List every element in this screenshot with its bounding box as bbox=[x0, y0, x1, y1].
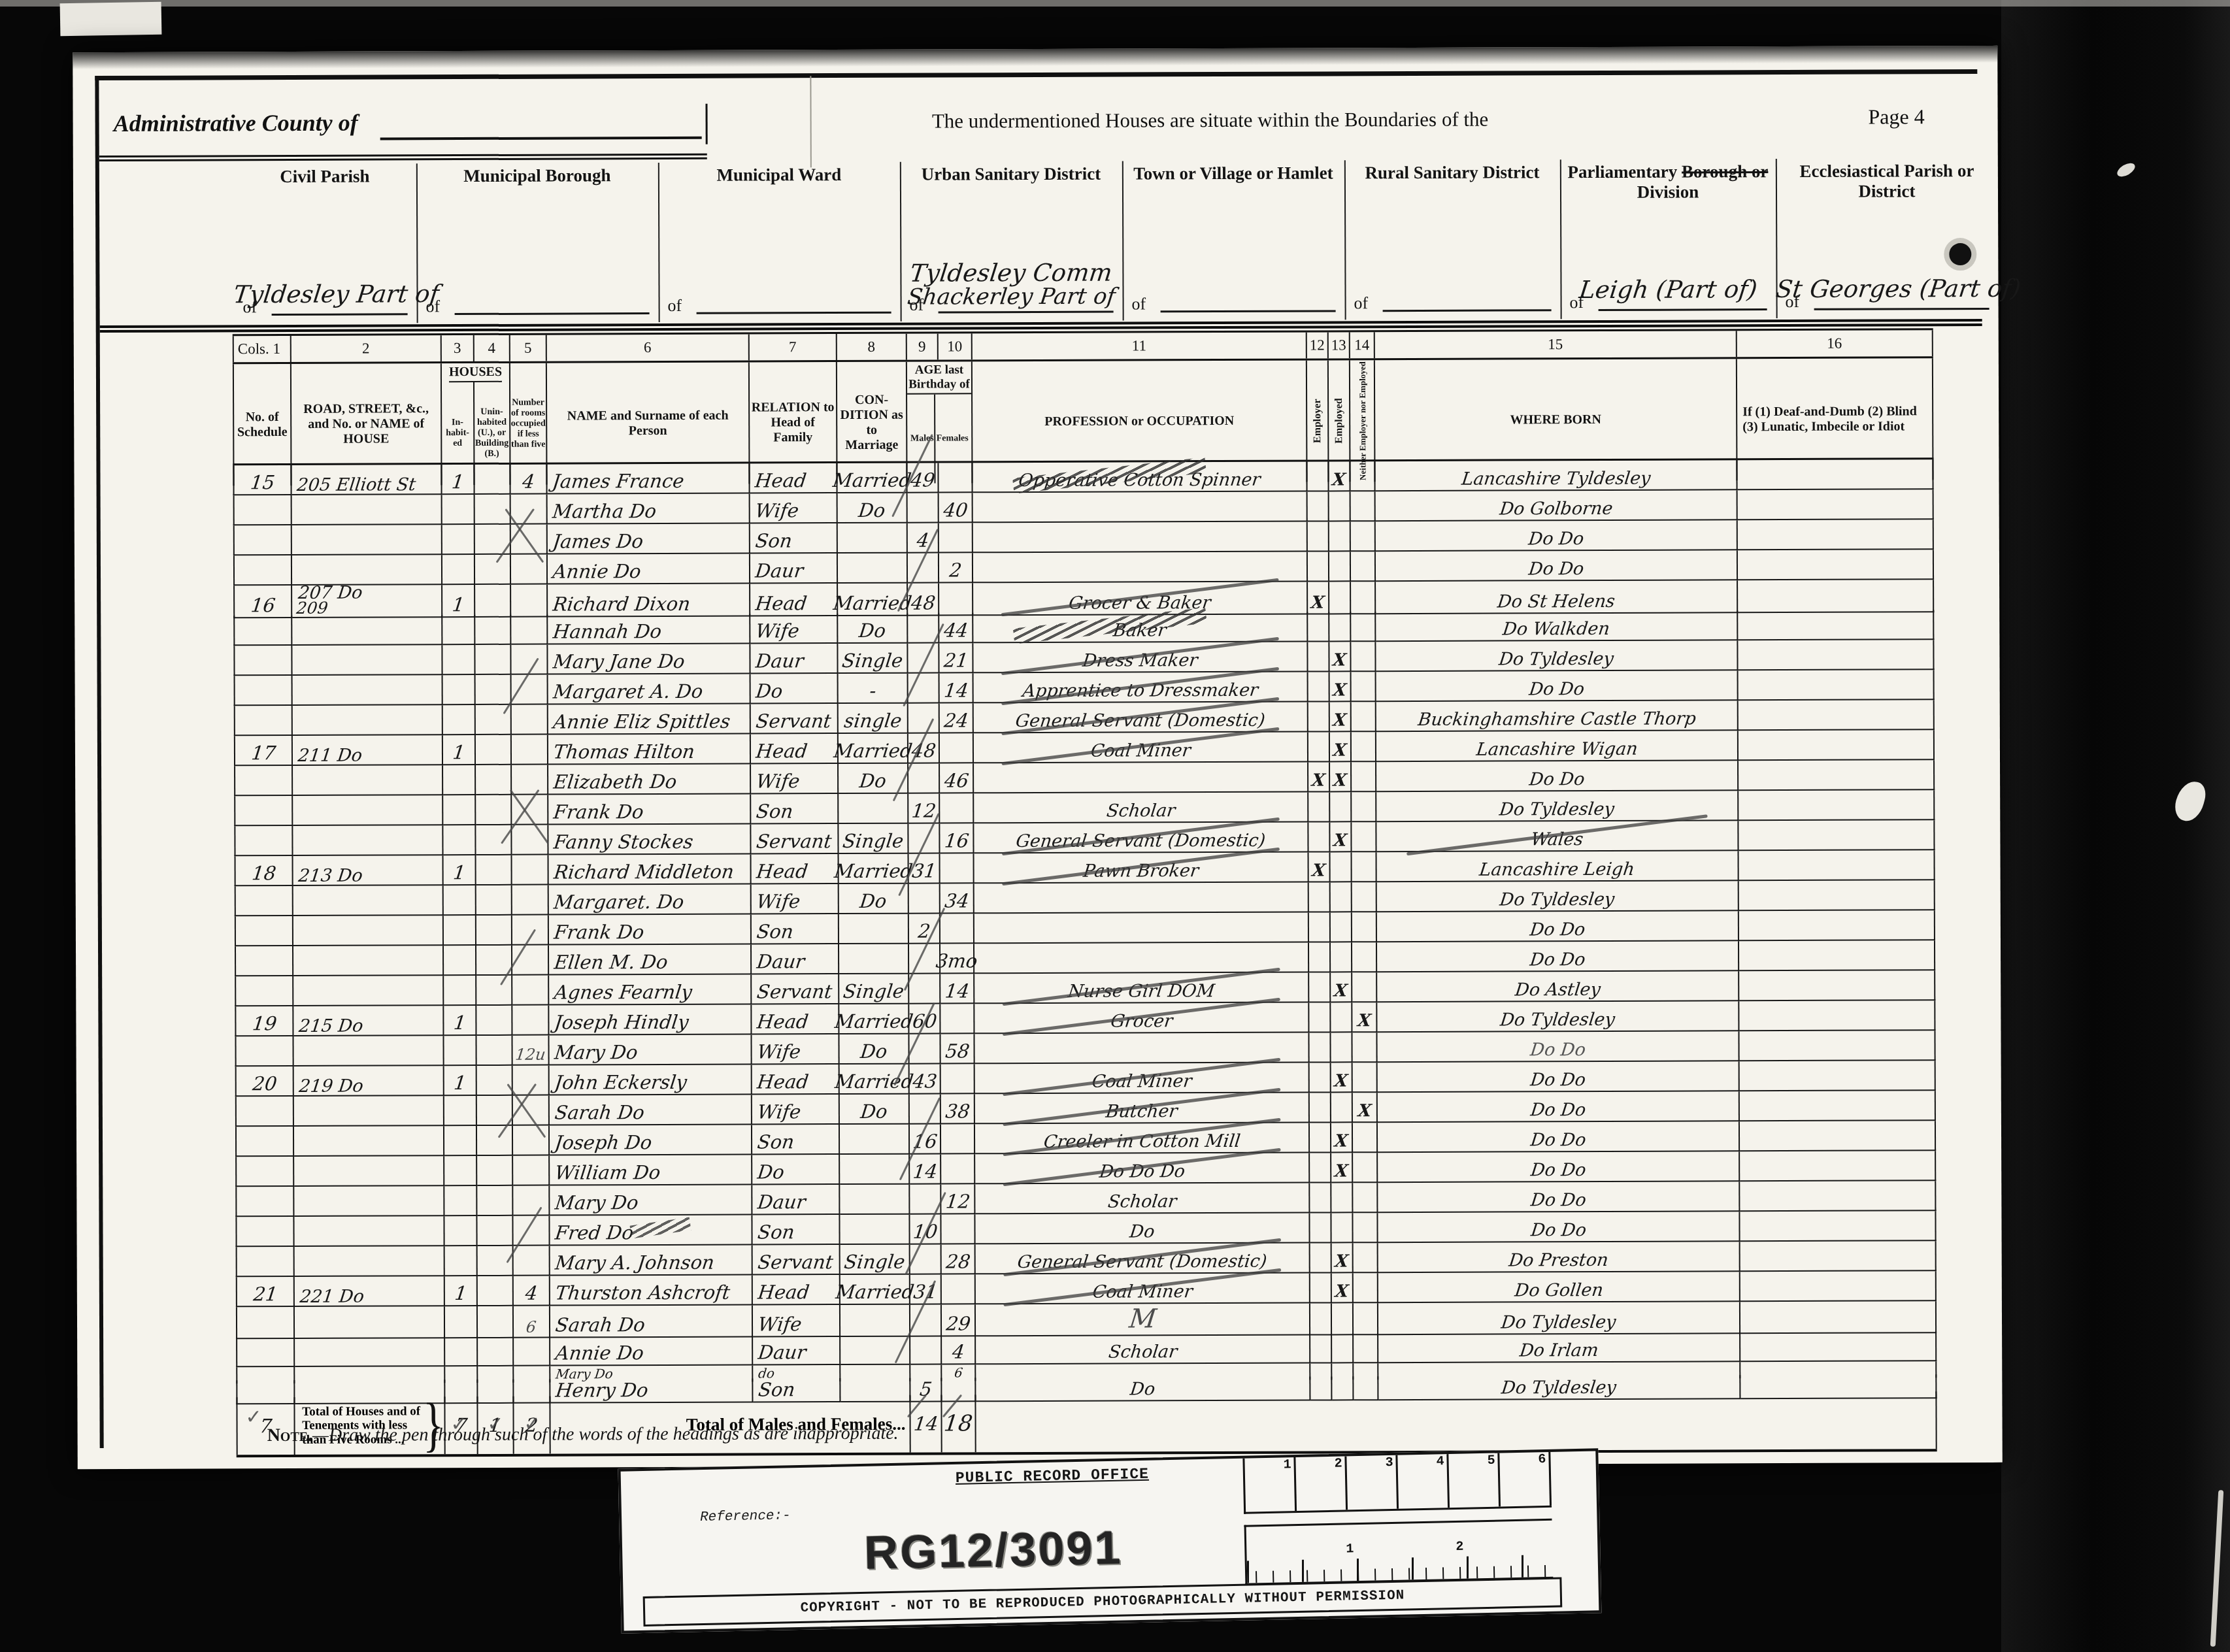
cell-name: Hannah Do bbox=[548, 614, 750, 645]
cell-infirmity bbox=[1739, 910, 1935, 941]
cell-relation: Do bbox=[752, 1155, 840, 1185]
cell-occupation bbox=[973, 492, 1308, 523]
cell-occupation bbox=[974, 883, 1309, 914]
cell-infirmity bbox=[1740, 1271, 1937, 1302]
cell-inhabited bbox=[444, 946, 476, 976]
table-header-row: No. of Schedule ROAD, STREET, &c., and N… bbox=[233, 358, 1934, 465]
cell-name: Frank Do bbox=[549, 915, 752, 946]
cell-employed bbox=[1331, 1032, 1352, 1063]
col-number: 9 bbox=[907, 334, 939, 360]
cell-schedule bbox=[234, 796, 293, 826]
cell-schedule bbox=[233, 495, 292, 525]
cell-occupation: Apprentice to Dressmaker bbox=[974, 672, 1308, 704]
cell-where-born: Do Do bbox=[1378, 1151, 1740, 1183]
cell-employer bbox=[1308, 642, 1329, 672]
cell-age-female bbox=[940, 853, 974, 884]
cell-relation: Wife bbox=[751, 764, 839, 794]
admin-county-blank bbox=[380, 137, 702, 140]
cell-where-born: Do Do bbox=[1376, 550, 1738, 582]
of-label: of bbox=[1132, 294, 1146, 313]
cell-employer bbox=[1310, 1093, 1331, 1123]
cell-age-female: 16 bbox=[940, 823, 974, 853]
cell-schedule bbox=[233, 646, 292, 676]
cell-infirmity bbox=[1738, 610, 1934, 640]
cell-inhabited bbox=[444, 916, 476, 946]
cell-employed: X bbox=[1330, 672, 1352, 702]
cell-uninhabited bbox=[476, 735, 512, 765]
col-number: 2 bbox=[291, 335, 442, 362]
col-number: 6 bbox=[547, 335, 750, 361]
cell-age-male: 31 bbox=[910, 1275, 942, 1305]
cell-employed bbox=[1331, 1213, 1353, 1243]
cell-occupation: Scholar bbox=[976, 1334, 1310, 1365]
cell-name: Martha Do bbox=[548, 494, 750, 525]
cell-relation: Daur bbox=[752, 1185, 840, 1215]
cell-where-born: Do Tyldesley bbox=[1376, 791, 1739, 822]
cell-schedule bbox=[236, 1307, 295, 1339]
cell-employed bbox=[1329, 582, 1351, 614]
cell-rooms: 12u bbox=[512, 1036, 549, 1066]
cell-condition: Do bbox=[839, 1034, 909, 1065]
cell-schedule bbox=[236, 1247, 295, 1277]
cell-rooms bbox=[511, 615, 548, 645]
district-title: Civil Parish bbox=[233, 166, 416, 187]
col-number: 16 bbox=[1737, 330, 1933, 357]
cell-schedule bbox=[235, 1157, 294, 1187]
cell-name: James France bbox=[547, 464, 750, 495]
cell-where-born: Do Do bbox=[1378, 1212, 1740, 1243]
cell-name: Joseph Hindly bbox=[549, 1005, 752, 1036]
cell-employer bbox=[1308, 552, 1329, 582]
cell-inhabited bbox=[445, 1306, 478, 1338]
cell-age-female bbox=[939, 583, 973, 616]
cell-infirmity bbox=[1738, 580, 1934, 613]
cell-condition: single bbox=[839, 704, 908, 734]
cell-condition: - bbox=[839, 674, 908, 704]
reference-number: RG12/3091 bbox=[863, 1521, 1123, 1580]
cell-occupation: Grocer bbox=[974, 1003, 1309, 1034]
census-sheet: Administrative County of The undermentio… bbox=[73, 46, 2003, 1469]
cell-employed bbox=[1332, 1303, 1354, 1335]
scanned-census-page: Administrative County of The undermentio… bbox=[0, 0, 2230, 1652]
cell-employed bbox=[1331, 1183, 1353, 1213]
cell-employer bbox=[1308, 672, 1330, 702]
cell-schedule bbox=[235, 886, 293, 916]
cell-condition: Married bbox=[837, 463, 907, 493]
cell-age-female bbox=[941, 1064, 975, 1094]
cell-condition bbox=[839, 944, 909, 974]
cell-relation: Servant bbox=[752, 974, 839, 1004]
cell-schedule bbox=[235, 976, 293, 1006]
cell-name: Sarah Do bbox=[550, 1095, 752, 1126]
cell-rooms bbox=[513, 1096, 550, 1126]
cell-uninhabited bbox=[476, 1036, 512, 1066]
cell-name: Mary Do bbox=[549, 1035, 752, 1066]
cell-name: Mary Jane Do bbox=[548, 644, 750, 675]
cell-relation: Wife bbox=[752, 1095, 840, 1125]
cell-inhabited: 1 bbox=[445, 1276, 478, 1306]
cell-inhabited bbox=[442, 555, 475, 585]
header-houses: HOUSES bbox=[449, 363, 502, 382]
blank-line bbox=[1383, 309, 1552, 312]
cell-inhabited: 1 bbox=[443, 735, 476, 765]
copyright-strip: COPYRIGHT - NOT TO BE REPRODUCED PHOTOGR… bbox=[643, 1578, 1563, 1627]
cell-relation: Servant bbox=[751, 704, 839, 734]
cell-where-born: Do Do bbox=[1376, 520, 1738, 552]
cell-age-male bbox=[910, 1245, 942, 1275]
cell-address bbox=[294, 1126, 444, 1157]
district-ecclesiastical: Ecclesiastical Parish or District St Geo… bbox=[1776, 158, 1999, 318]
cell-employed: X bbox=[1330, 702, 1352, 732]
blank-line bbox=[272, 313, 408, 316]
cell-employer bbox=[1308, 732, 1330, 762]
cell-age-female: 34 bbox=[940, 884, 974, 914]
district-parliamentary: Parliamentary Borough orDivision Leigh (… bbox=[1560, 159, 1778, 319]
cell-age-female bbox=[940, 1004, 974, 1034]
cell-employed: X bbox=[1331, 1123, 1353, 1153]
cell-age-female: 3mo bbox=[940, 944, 974, 974]
district-header-section: Civil Parish Tyldesley Part of of Munici… bbox=[233, 164, 234, 323]
cell-rooms bbox=[512, 855, 549, 885]
cell-age-female: 44 bbox=[939, 613, 973, 643]
cell-name: Margaret. Do bbox=[549, 885, 752, 916]
cell-schedule bbox=[234, 826, 293, 856]
cell-condition bbox=[838, 523, 908, 553]
cell-condition bbox=[840, 1215, 910, 1245]
cell-schedule bbox=[235, 1217, 294, 1247]
cell-infirmity bbox=[1739, 1000, 1935, 1031]
cell-employed: X bbox=[1331, 1153, 1353, 1183]
header-age: AGE last Birthday of bbox=[907, 361, 971, 394]
cell-rooms bbox=[512, 765, 548, 795]
cell-name: Joseph Do bbox=[550, 1125, 752, 1156]
cell-age-female: 46 bbox=[940, 763, 974, 793]
cell-age-male bbox=[910, 1335, 942, 1365]
cell-relation: Daur bbox=[750, 553, 838, 584]
cell-employer bbox=[1310, 1333, 1332, 1363]
cell-condition: Married bbox=[840, 1065, 910, 1095]
cell-infirmity bbox=[1738, 520, 1934, 550]
cell-inhabited: 1 bbox=[442, 585, 475, 618]
cell-infirmity bbox=[1739, 820, 1935, 851]
cell-inhabited bbox=[442, 525, 475, 555]
cell-address bbox=[295, 1246, 445, 1277]
cell-rooms bbox=[511, 495, 548, 525]
col-number: 14 bbox=[1350, 332, 1375, 358]
cell-schedule bbox=[236, 1337, 295, 1367]
cell-employer bbox=[1309, 942, 1331, 972]
cell-address: 213 Do bbox=[293, 855, 444, 886]
cell-neither bbox=[1352, 822, 1376, 852]
cell-condition bbox=[840, 1155, 910, 1185]
cell-inhabited bbox=[443, 705, 476, 735]
cell-uninhabited bbox=[475, 525, 511, 555]
cell-address: 221 Do bbox=[295, 1276, 445, 1307]
cell-employer: X bbox=[1308, 582, 1329, 614]
cell-condition: Married bbox=[838, 584, 908, 616]
cell-age-female: 14 bbox=[940, 974, 974, 1004]
cell-inhabited bbox=[445, 1246, 478, 1276]
col-number: 13 bbox=[1329, 332, 1350, 358]
cell-rooms bbox=[513, 1216, 550, 1246]
cell-name: Agnes Fearnly bbox=[549, 975, 752, 1006]
cell-neither bbox=[1352, 912, 1377, 942]
cell-employed bbox=[1332, 1333, 1354, 1363]
cell-address bbox=[293, 825, 443, 856]
cell-occupation bbox=[974, 913, 1309, 944]
district-civil-parish: Civil Parish Tyldesley Part of of bbox=[233, 163, 418, 323]
district-urban-sanitary: Urban Sanitary District Tyldesley Comm S… bbox=[900, 161, 1124, 322]
cell-neither bbox=[1351, 612, 1376, 642]
cell-employed bbox=[1331, 1002, 1352, 1032]
cell-occupation: Opperative Cotton Spinner bbox=[973, 462, 1307, 493]
cell-condition: Do bbox=[838, 614, 908, 644]
cell-age-male: 48 bbox=[908, 584, 939, 616]
cell-infirmity bbox=[1739, 700, 1935, 731]
cell-inhabited bbox=[445, 1336, 478, 1366]
cell-condition: Do bbox=[838, 493, 908, 523]
cell-inhabited bbox=[444, 1156, 477, 1186]
cell-age-male bbox=[908, 764, 940, 794]
cell-inhabited: 1 bbox=[444, 1006, 476, 1036]
cell-infirmity bbox=[1739, 940, 1935, 971]
cell-age-female bbox=[941, 1124, 975, 1154]
cell-schedule bbox=[235, 916, 293, 946]
cell-address bbox=[293, 916, 444, 946]
form-border-left bbox=[95, 76, 103, 1448]
cell-infirmity bbox=[1740, 1241, 1937, 1272]
cell-uninhabited bbox=[476, 946, 512, 976]
cell-relation: Wife bbox=[752, 884, 839, 914]
cell-where-born: Do Tyldesley bbox=[1377, 1001, 1739, 1032]
cell-where-born: Do Golborne bbox=[1376, 490, 1738, 521]
blank-line bbox=[1814, 308, 1989, 310]
cell-occupation: Baker bbox=[973, 612, 1308, 644]
double-rule bbox=[99, 154, 707, 157]
cell-employed bbox=[1331, 912, 1352, 942]
cell-age-male: 4 bbox=[908, 523, 939, 553]
cell-neither bbox=[1354, 1303, 1378, 1335]
cell-name: Thomas Hilton bbox=[548, 735, 751, 765]
cell-condition: Married bbox=[839, 1004, 909, 1034]
cell-condition bbox=[840, 1335, 910, 1365]
cell-uninhabited bbox=[474, 465, 510, 495]
cell-infirmity bbox=[1739, 670, 1935, 701]
district-municipal-borough: Municipal Borough of bbox=[416, 163, 660, 323]
cell-age-female bbox=[940, 733, 974, 763]
cell-employed bbox=[1329, 612, 1351, 642]
cell-condition: Married bbox=[839, 854, 909, 884]
cell-age-male bbox=[909, 974, 940, 1004]
cell-neither bbox=[1352, 882, 1377, 912]
cell-schedule: 15 bbox=[233, 465, 291, 495]
cell-uninhabited bbox=[477, 1216, 513, 1246]
cell-occupation bbox=[973, 552, 1308, 584]
cell-age-male: 16 bbox=[910, 1125, 941, 1155]
cell-age-female: 40 bbox=[939, 493, 973, 523]
cell-age-male: 60 bbox=[909, 1004, 940, 1034]
of-label: of bbox=[1354, 293, 1369, 312]
cell-schedule bbox=[235, 1097, 294, 1127]
cell-infirmity bbox=[1739, 880, 1935, 911]
cell-address bbox=[293, 976, 444, 1006]
cell-employer bbox=[1310, 1183, 1331, 1213]
cell-relation: Wife bbox=[750, 493, 838, 523]
ruler-inches: 1 2 bbox=[1244, 1519, 1554, 1585]
col-number: 4 bbox=[474, 335, 510, 361]
cell-infirmity bbox=[1738, 550, 1934, 580]
cell-employed: X bbox=[1330, 732, 1352, 762]
cell-age-female: 24 bbox=[940, 703, 974, 733]
cell-infirmity bbox=[1740, 1211, 1936, 1242]
cell-inhabited bbox=[444, 885, 476, 916]
cell-uninhabited bbox=[475, 615, 511, 645]
cell-name: Richard Middleton bbox=[549, 855, 752, 885]
cell-neither bbox=[1354, 1333, 1378, 1363]
cell-schedule: 18 bbox=[235, 856, 293, 886]
cell-condition: Single bbox=[840, 1245, 910, 1275]
cell-where-born: Do Do bbox=[1378, 1181, 1740, 1213]
cell-condition: Single bbox=[839, 824, 908, 854]
cell-where-born: Do Do bbox=[1376, 670, 1739, 702]
cell-age-female bbox=[939, 523, 973, 553]
cell-schedule bbox=[235, 1036, 293, 1066]
blank-line bbox=[939, 311, 1114, 314]
cell-rooms bbox=[512, 735, 548, 765]
cell-relation: Son bbox=[752, 1215, 840, 1245]
of-label: of bbox=[668, 296, 682, 315]
cell-condition: Do bbox=[839, 764, 908, 794]
cell-uninhabited bbox=[476, 825, 512, 855]
cell-occupation: Grocer & Baker bbox=[973, 582, 1308, 616]
cell-schedule bbox=[235, 1127, 294, 1157]
col-number: 3 bbox=[442, 335, 474, 361]
cell-address bbox=[293, 1036, 444, 1066]
cell-age-male: 43 bbox=[910, 1065, 941, 1095]
cell-rooms: 4 bbox=[514, 1276, 550, 1306]
cell-employer bbox=[1309, 882, 1331, 912]
cell-name: James Do bbox=[548, 524, 750, 555]
cell-neither bbox=[1352, 702, 1376, 732]
cell-age-male: 14 bbox=[910, 1155, 941, 1185]
cell-age-male: 10 bbox=[910, 1215, 941, 1245]
cell-neither bbox=[1350, 461, 1375, 491]
pro-stamp-box: PUBLIC RECORD OFFICE Reference:- RG12/30… bbox=[618, 1448, 1602, 1633]
cell-uninhabited bbox=[477, 1186, 513, 1216]
cell-where-born: Do St Helens bbox=[1376, 580, 1738, 614]
cell-inhabited bbox=[442, 615, 475, 645]
col-number: 15 bbox=[1375, 331, 1737, 358]
cell-infirmity bbox=[1740, 1091, 1936, 1121]
cell-rooms bbox=[512, 705, 548, 735]
banner-text: The undermentioned Houses are situate wi… bbox=[753, 107, 1668, 134]
cell-inhabited: 1 bbox=[444, 1066, 477, 1096]
cell-address bbox=[295, 1306, 445, 1339]
cell-employer bbox=[1310, 1213, 1331, 1243]
district-title: Rural Sanitary District bbox=[1344, 162, 1560, 183]
cell-where-born: Wales bbox=[1376, 821, 1739, 852]
cell-age-male bbox=[908, 704, 940, 734]
cell-rooms bbox=[511, 525, 548, 555]
cell-occupation: General Servant (Domestic) bbox=[974, 823, 1308, 854]
cell-inhabited: 1 bbox=[442, 465, 474, 495]
cell-employed bbox=[1331, 852, 1352, 882]
cell-age-female bbox=[940, 914, 974, 944]
cell-employed: X bbox=[1332, 1243, 1354, 1273]
cell-age-male bbox=[908, 493, 939, 523]
cell-schedule bbox=[233, 525, 292, 555]
cell-condition bbox=[839, 914, 909, 944]
cell-relation: Head bbox=[751, 734, 839, 764]
cell-infirmity bbox=[1737, 459, 1933, 490]
cell-relation: Head bbox=[752, 1004, 839, 1034]
cell-occupation: Scholar bbox=[974, 793, 1308, 824]
cell-inhabited bbox=[443, 825, 476, 855]
cell-infirmity bbox=[1739, 1031, 1935, 1061]
cell-address: 205 Elliott St bbox=[291, 465, 442, 495]
scan-black-band bbox=[2001, 0, 2230, 1652]
cell-age-female: 58 bbox=[940, 1034, 974, 1064]
blank-line bbox=[1161, 310, 1336, 312]
cell-infirmity bbox=[1739, 850, 1935, 881]
cell-relation: Daur bbox=[752, 944, 839, 974]
cell-neither bbox=[1352, 672, 1376, 702]
cell-neither bbox=[1351, 491, 1376, 521]
cell-age-female: 2 bbox=[939, 553, 973, 583]
cell-rooms bbox=[513, 1156, 550, 1186]
cell-rooms bbox=[513, 1066, 550, 1096]
cell-employer bbox=[1308, 612, 1329, 642]
cell-relation: Head bbox=[750, 584, 838, 616]
cell-neither bbox=[1353, 1153, 1378, 1183]
district-title: Ecclesiastical Parish or District bbox=[1776, 161, 1998, 202]
cell-occupation: General Servant (Domestic) bbox=[976, 1244, 1310, 1275]
cell-where-born: Do Gollen bbox=[1378, 1272, 1740, 1303]
cell-age-male bbox=[908, 824, 940, 854]
cell-address: 219 Do bbox=[294, 1066, 444, 1097]
district-title: Parliamentary Borough orDivision bbox=[1560, 161, 1776, 203]
cell-rooms: 4 bbox=[510, 465, 547, 495]
cell-infirmity bbox=[1739, 760, 1935, 791]
cell-uninhabited bbox=[478, 1276, 514, 1306]
cell-age-male bbox=[909, 884, 940, 914]
cell-condition bbox=[839, 794, 908, 824]
cell-rooms bbox=[512, 946, 549, 976]
cell-neither bbox=[1354, 1243, 1378, 1273]
cell-age-male: 31 bbox=[909, 854, 940, 884]
footer-note: Note.—Draw the pen through such of the w… bbox=[267, 1423, 899, 1446]
cell-rooms bbox=[511, 585, 548, 618]
ruler-cm: 1 2 3 4 5 6 bbox=[1242, 1452, 1552, 1514]
cell-employer bbox=[1310, 1063, 1331, 1093]
cell-rooms bbox=[512, 1006, 549, 1036]
cell-schedule: 20 bbox=[235, 1066, 294, 1097]
cell-occupation: General Servant (Domestic) bbox=[974, 702, 1308, 734]
cell-neither bbox=[1353, 1123, 1378, 1153]
census-table: Cols. 1 2 3 4 5 6 7 8 9 10 11 12 13 14 1… bbox=[233, 328, 1937, 1457]
cell-age-female: 38 bbox=[941, 1094, 975, 1124]
cell-where-born: Lancashire Wigan bbox=[1376, 731, 1739, 762]
cell-neither bbox=[1351, 582, 1376, 614]
cell-where-born: Lancashire Leigh bbox=[1377, 851, 1739, 882]
cell-employed bbox=[1330, 792, 1352, 822]
cell-name: William Do bbox=[550, 1155, 752, 1186]
cell-uninhabited bbox=[476, 675, 512, 705]
cell-age-female: 12 bbox=[941, 1184, 975, 1214]
cell-address bbox=[293, 946, 444, 976]
cell-condition: Married bbox=[840, 1275, 910, 1305]
cell-occupation bbox=[973, 522, 1308, 553]
